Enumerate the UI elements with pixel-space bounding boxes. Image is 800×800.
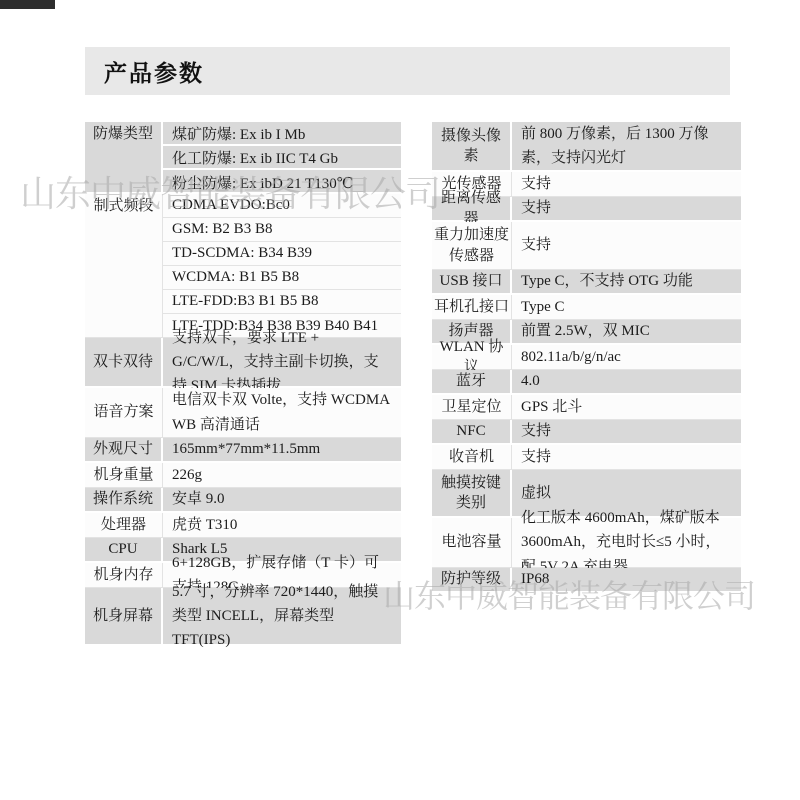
- spec-value: 煤矿防爆: Ex ib I Mb: [163, 122, 401, 146]
- spec-label: 防爆类型: [85, 122, 163, 192]
- spec-value: GSM: B2 B3 B8: [163, 218, 401, 242]
- spec-label: 防护等级: [432, 568, 512, 591]
- spec-value: 支持双卡，要求 LTE + G/C/W/L，支持主副卡切换，支持 SIM 卡热插…: [163, 338, 401, 386]
- spec-label: 收音机: [432, 445, 512, 469]
- spec-label: 机身屏幕: [85, 588, 163, 644]
- table-row-os: 操作系统 安卓 9.0: [85, 488, 401, 513]
- spec-value: LTE-FDD:B3 B1 B5 B8: [163, 290, 401, 314]
- spec-label: 外观尺寸: [85, 438, 163, 461]
- spec-value: 4.0: [512, 370, 741, 393]
- table-row-network-bands: 制式频段 CDMA EVDO:Bc0 GSM: B2 B3 B8 TD-SCDM…: [85, 194, 401, 338]
- table-row-nfc: NFC 支持: [432, 420, 741, 445]
- spec-value-group: CDMA EVDO:Bc0 GSM: B2 B3 B8 TD-SCDMA: B3…: [163, 194, 401, 337]
- table-row-explosion-proof-type: 防爆类型 煤矿防爆: Ex ib I Mb 化工防爆: Ex ib IIC T4…: [85, 122, 401, 194]
- spec-value: 226g: [163, 463, 401, 487]
- table-row-dual-sim: 双卡双待 支持双卡，要求 LTE + G/C/W/L，支持主副卡切换，支持 SI…: [85, 338, 401, 388]
- spec-label: 操作系统: [85, 488, 163, 511]
- table-row-dimensions: 外观尺寸 165mm*77mm*11.5mm: [85, 438, 401, 463]
- spec-value: 前 800 万像素，后 1300 万像素，支持闪光灯: [512, 122, 741, 170]
- spec-value: 化工防爆: Ex ib IIC T4 Gb: [163, 146, 401, 170]
- spec-value: WCDMA: B1 B5 B8: [163, 266, 401, 290]
- spec-value: 电信双卡双 Volte，支持 WCDMA WB 高清通话: [163, 388, 401, 437]
- spec-label: USB 接口: [432, 270, 512, 293]
- table-row-proximity-sensor: 距离传感器 支持: [432, 197, 741, 222]
- table-row-processor: 处理器 虎贲 T310: [85, 513, 401, 538]
- spec-value: 802.11a/b/g/n/ac: [512, 345, 741, 369]
- spec-value: GPS 北斗: [512, 395, 741, 419]
- spec-value: Type C，不支持 OTG 功能: [512, 270, 741, 293]
- spec-value: 化工版本 4600mAh，煤矿版本 3600mAh，充电时长≤5 小时，配 5V…: [512, 518, 741, 567]
- table-row-camera: 摄像头像素 前 800 万像素，后 1300 万像素，支持闪光灯: [432, 122, 741, 172]
- spec-label: 蓝牙: [432, 370, 512, 393]
- spec-label: 处理器: [85, 513, 163, 537]
- spec-value: 虎贲 T310: [163, 513, 401, 537]
- spec-label: 摄像头像素: [432, 122, 512, 170]
- spec-table-right: 摄像头像素 前 800 万像素，后 1300 万像素，支持闪光灯 光传感器 支持…: [432, 122, 741, 593]
- spec-value: TD-SCDMA: B34 B39: [163, 242, 401, 266]
- spec-value: 支持: [512, 222, 741, 269]
- table-row-voice: 语音方案 电信双卡双 Volte，支持 WCDMA WB 高清通话: [85, 388, 401, 438]
- table-row-screen: 机身屏幕 5.7 寸，分辨率 720*1440，触摸类型 INCELL，屏幕类型…: [85, 588, 401, 646]
- table-row-weight: 机身重量 226g: [85, 463, 401, 488]
- spec-value: 支持: [512, 197, 741, 220]
- spec-label: 触摸按键类别: [432, 470, 512, 516]
- table-row-battery: 电池容量 化工版本 4600mAh，煤矿版本 3600mAh，充电时长≤5 小时…: [432, 518, 741, 568]
- spec-label: 机身内存: [85, 563, 163, 587]
- spec-label: 耳机孔接口: [432, 295, 512, 319]
- spec-value: 前置 2.5W，双 MIC: [512, 320, 741, 343]
- spec-value: Type C: [512, 295, 741, 319]
- spec-label: 重力加速度传感器: [432, 222, 512, 269]
- spec-label: 机身重量: [85, 463, 163, 487]
- page-title: 产品参数: [85, 55, 204, 88]
- table-row-accelerometer: 重力加速度传感器 支持: [432, 222, 741, 270]
- spec-label: NFC: [432, 420, 512, 443]
- spec-value: 粉尘防爆: Ex ibD 21 T130℃: [163, 170, 401, 194]
- table-row-radio: 收音机 支持: [432, 445, 741, 470]
- spec-value-group: 煤矿防爆: Ex ib I Mb 化工防爆: Ex ib IIC T4 Gb 粉…: [163, 122, 401, 192]
- spec-label: 卫星定位: [432, 395, 512, 419]
- spec-label: 语音方案: [85, 388, 163, 437]
- spec-value: CDMA EVDO:Bc0: [163, 194, 401, 218]
- table-row-wlan: WLAN 协议 802.11a/b/g/n/ac: [432, 345, 741, 370]
- spec-value: 安卓 9.0: [163, 488, 401, 511]
- spec-table-left: 防爆类型 煤矿防爆: Ex ib I Mb 化工防爆: Ex ib IIC T4…: [85, 122, 401, 646]
- table-row-headphone-jack: 耳机孔接口 Type C: [432, 295, 741, 320]
- table-row-usb: USB 接口 Type C，不支持 OTG 功能: [432, 270, 741, 295]
- spec-value: IP68: [512, 568, 741, 591]
- spec-label: WLAN 协议: [432, 345, 512, 369]
- spec-value: 5.7 寸，分辨率 720*1440，触摸类型 INCELL，屏幕类型 TFT(…: [163, 588, 401, 644]
- table-row-ip-rating: 防护等级 IP68: [432, 568, 741, 593]
- table-row-bluetooth: 蓝牙 4.0: [432, 370, 741, 395]
- spec-label: CPU: [85, 538, 163, 561]
- spec-value: 支持: [512, 445, 741, 469]
- spec-value: 165mm*77mm*11.5mm: [163, 438, 401, 461]
- table-row-gps: 卫星定位 GPS 北斗: [432, 395, 741, 420]
- spec-label: 双卡双待: [85, 338, 163, 386]
- spec-value: 支持: [512, 420, 741, 443]
- corner-artifact: [0, 0, 55, 9]
- spec-label: 电池容量: [432, 518, 512, 567]
- product-spec-page: 产品参数 防爆类型 煤矿防爆: Ex ib I Mb 化工防爆: Ex ib I…: [0, 0, 800, 800]
- spec-label: 制式频段: [85, 194, 163, 337]
- spec-label: 距离传感器: [432, 197, 512, 220]
- spec-value: 支持: [512, 172, 741, 196]
- section-header: 产品参数: [85, 47, 730, 95]
